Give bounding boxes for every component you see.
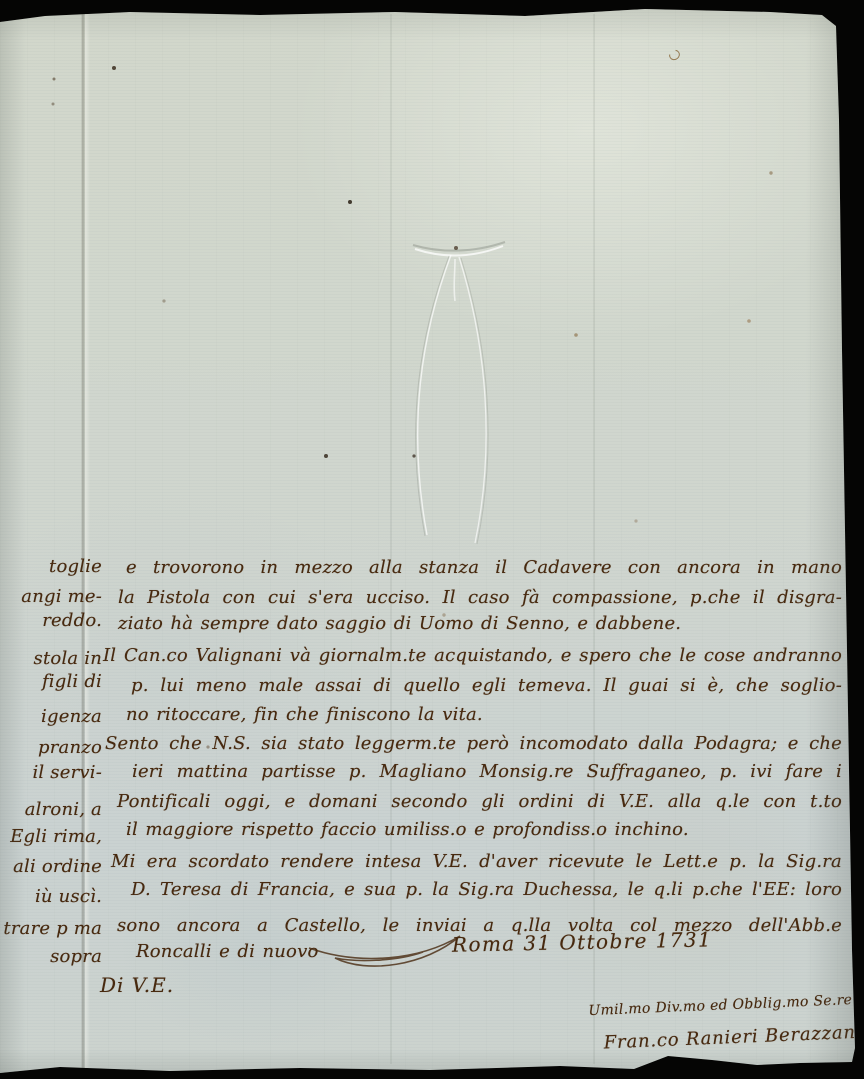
letter-dateline: Roma 31 Ottobre 1731: [452, 927, 713, 956]
letter-body-line: il maggiore rispetto faccio umiliss.o e …: [126, 818, 689, 842]
facing-page-fragment: ali ordine: [0, 856, 102, 877]
facing-page-fragment: reddo.: [0, 610, 102, 631]
letter-body-line: ieri mattina partisse p. Magliano Monsig…: [132, 760, 842, 784]
manuscript-scan: toglie angi me- reddo. stola in figli di…: [0, 0, 864, 1079]
vertical-fold-line: [390, 14, 392, 1064]
vertical-fold-line: [593, 14, 595, 1064]
letter-body-line: e trovorono in mezzo alla stanza il Cada…: [126, 556, 842, 580]
letter-body-line: Pontificali oggi, e domani secondo gli o…: [117, 790, 842, 814]
letter-body-line: ziato hà sempre dato saggio di Uomo di S…: [118, 612, 681, 636]
signature-block: Umil.mo Div.mo ed Obblig.mo Se.re V.ro F…: [560, 992, 860, 1005]
paper-wrinkle: [385, 215, 595, 555]
letter-body-line: no ritoccare, fin che finiscono la vita.: [126, 703, 483, 727]
ink-speck-curl: [667, 48, 682, 63]
facing-page-fragment: sopra: [0, 946, 102, 967]
letter-body-line: D. Teresa di Francia, e sua p. la Sig.ra…: [131, 878, 842, 902]
facing-page-fragment: alroni, a: [0, 799, 102, 820]
facing-page-fragment: angi me-: [0, 586, 102, 607]
letter-page: toglie angi me- reddo. stola in figli di…: [0, 0, 864, 1079]
letter-valediction: Di V.E.: [100, 973, 174, 997]
facing-page-fragment: toglie: [0, 556, 102, 577]
letter-body-line: Mi era scordato rendere intesa V.E. d'av…: [111, 850, 842, 874]
letter-body-line: Sento che N.S. sia stato leggerm.te però…: [105, 732, 842, 756]
letter-body-line: la Pistola con cui s'era ucciso. Il caso…: [118, 586, 842, 610]
signature-courtesy-line: Umil.mo Div.mo ed Obblig.mo Se.re V.ro: [588, 991, 864, 1019]
facing-page-fragment: il servi-: [0, 762, 102, 783]
facing-page-fragment: igenza: [0, 706, 102, 727]
facing-page-fragment: iù uscì.: [0, 886, 102, 907]
letter-body-line: p. lui meno male assai di quello egli te…: [131, 674, 842, 698]
facing-page-fragment: stola in: [0, 648, 102, 669]
letter-body-line: Roncalli e di nuovo: [136, 940, 319, 964]
facing-page-fragment: figli di: [0, 671, 102, 692]
ink-foxing-specks: [0, 0, 2, 2]
facing-page-fragment: trare p ma: [0, 918, 102, 939]
letter-body-line: Il Can.co Valignani và giornalm.te acqui…: [103, 644, 842, 668]
binding-gutter-highlight: [85, 13, 90, 1069]
signature-name: Fran.co Ranieri Berazzani: [603, 1022, 862, 1054]
facing-page-fragment: pranzo: [0, 737, 102, 758]
facing-page-fragment: Egli rima,: [0, 826, 102, 847]
